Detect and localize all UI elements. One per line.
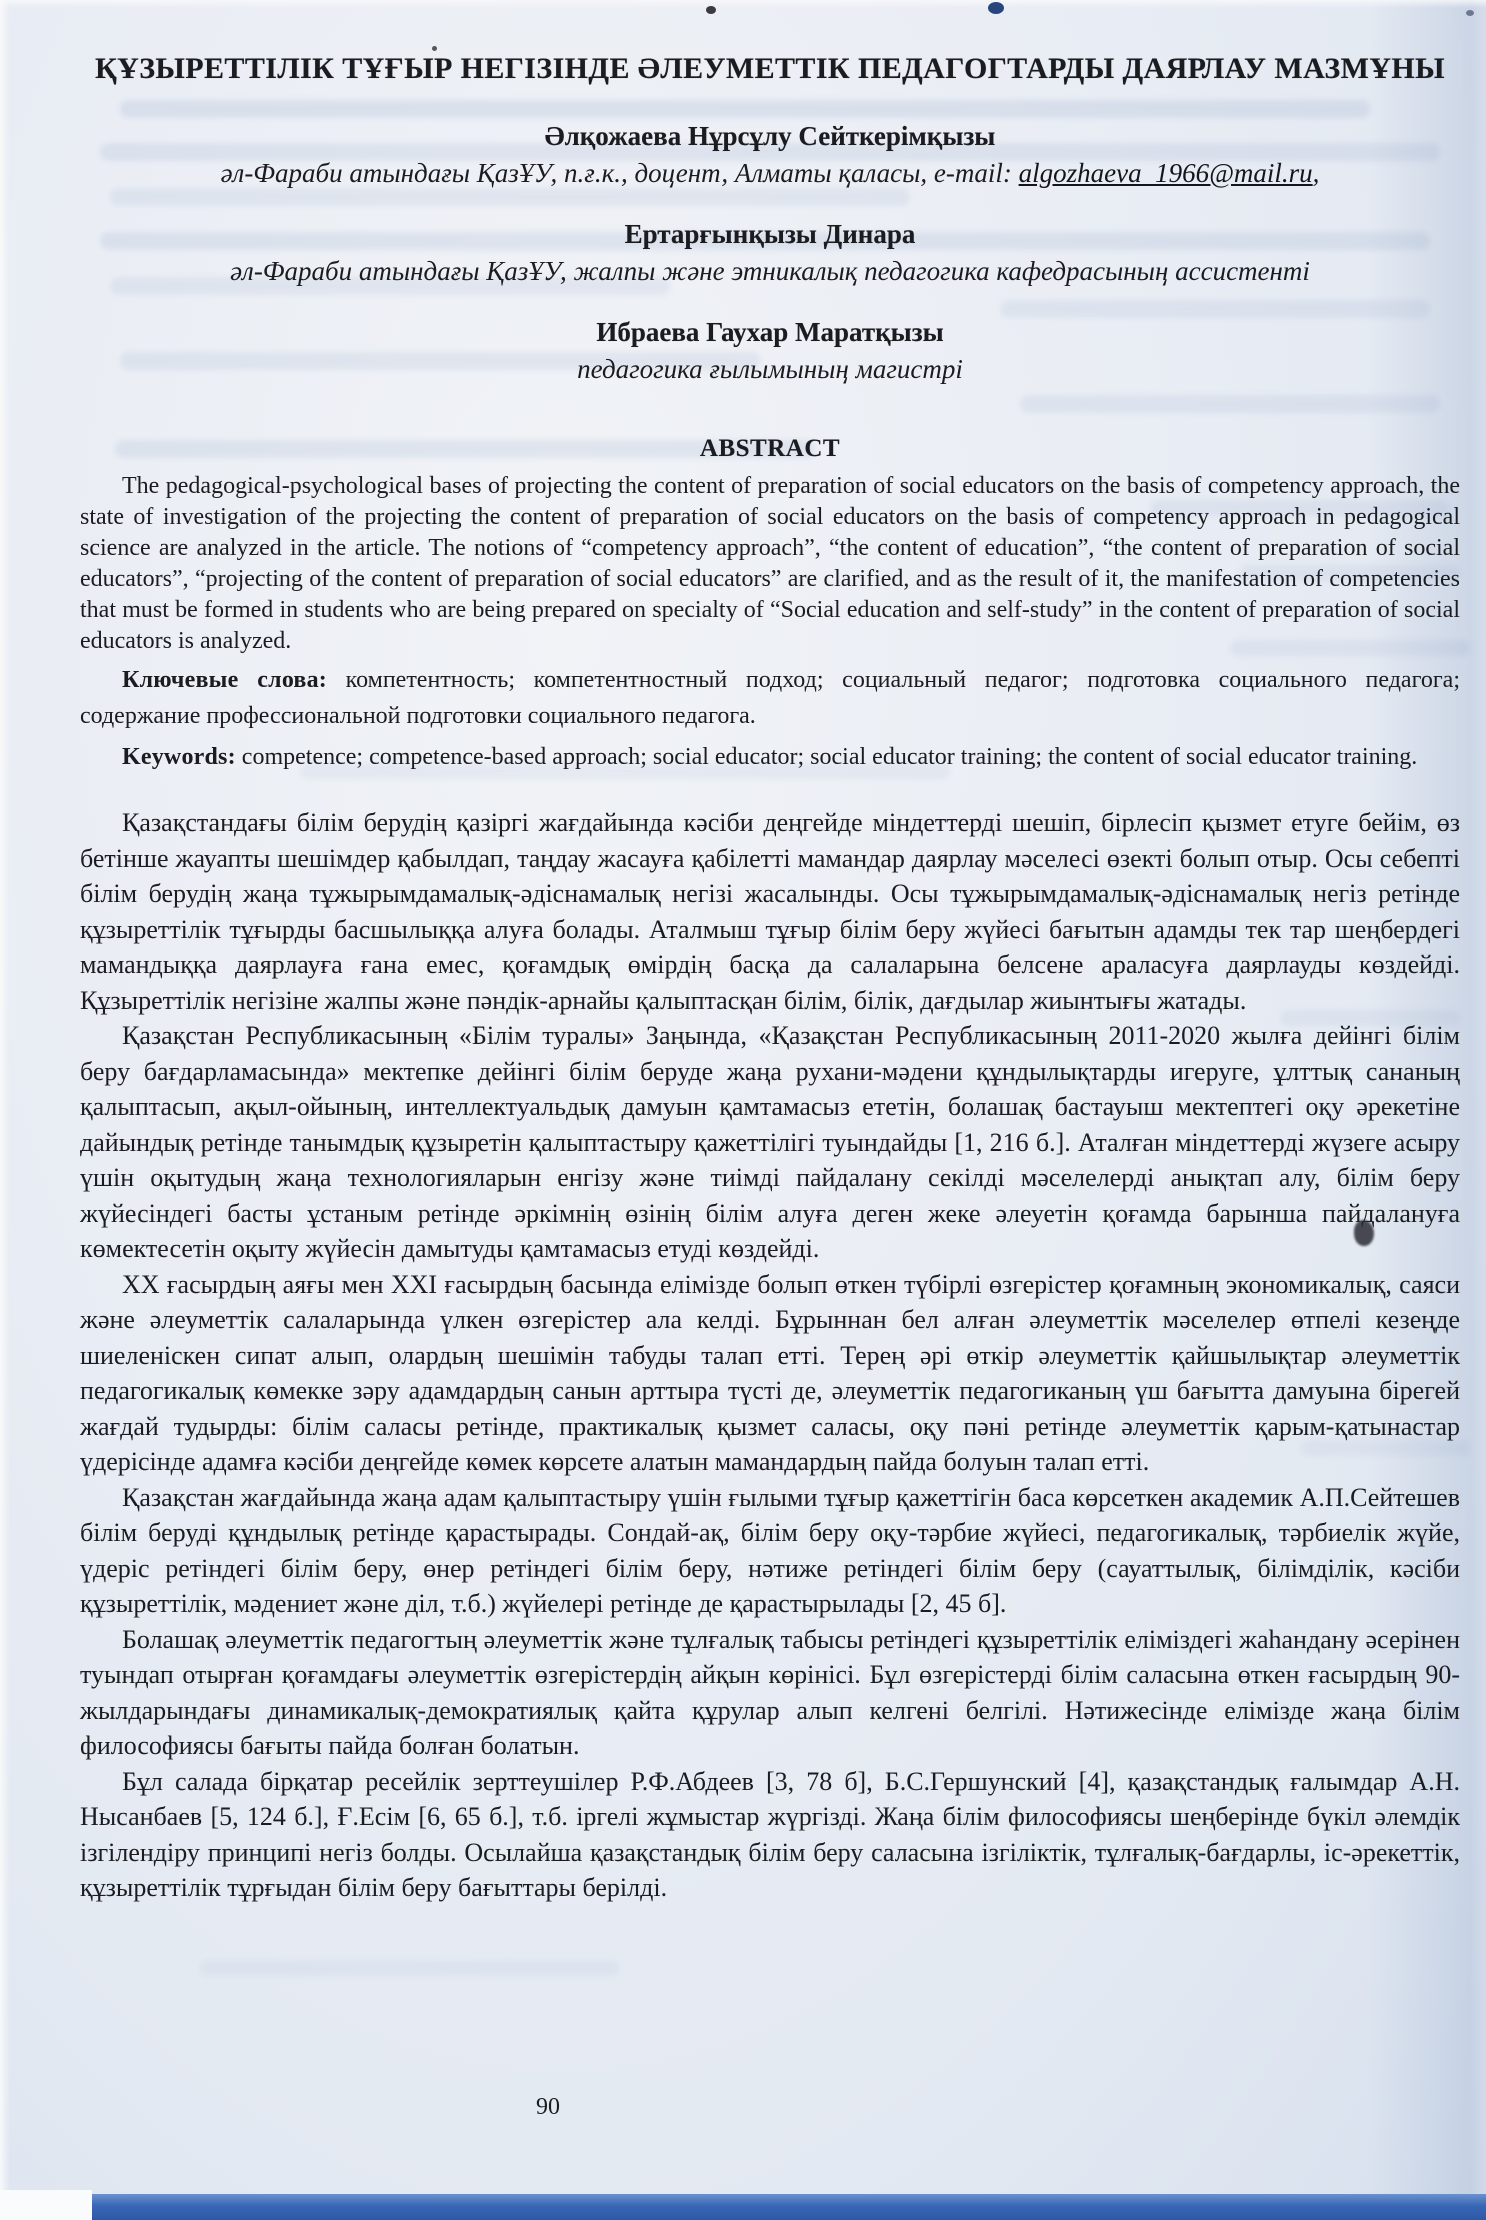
bleed-through-artifact [200, 1960, 620, 1976]
ink-speck [988, 2, 1004, 14]
scan-edge-bottom [92, 2194, 1486, 2220]
ink-speck [432, 46, 437, 51]
body-paragraph: Қазақстандағы білім берудің қазіргі жағд… [80, 805, 1460, 1018]
author-block-2: Ертарғынқызы Динара әл-Фараби атындағы Қ… [80, 218, 1460, 288]
body-paragraph: Қазақстан жағдайында жаңа адам қалыптаст… [80, 1480, 1460, 1622]
ink-smudge [1354, 1220, 1374, 1246]
affiliation-text: , [1313, 158, 1320, 188]
body-paragraph: Қазақстан Республикасының «Білім туралы»… [80, 1018, 1460, 1267]
author-affiliation: әл-Фараби атындағы ҚазҰУ, жалпы және этн… [80, 254, 1460, 288]
keywords-russian: Ключевые слова: компетентность; компетен… [80, 662, 1460, 734]
author-name: Әлқожаева Нұрсұлу Сейткерімқызы [80, 120, 1460, 153]
article-content: ҚҰЗЫРЕТТІЛІК ТҰҒЫР НЕГІЗІНДЕ ӘЛЕУМЕТТІК … [0, 0, 1486, 1906]
abstract-text: The pedagogical-psychological bases of p… [80, 471, 1460, 657]
scanned-paper-page: ҚҰЗЫРЕТТІЛІК ТҰҒЫР НЕГІЗІНДЕ ӘЛЕУМЕТТІК … [0, 0, 1486, 2220]
author-email-link[interactable]: algozhaeva_1966@mail.ru [1019, 158, 1313, 188]
author-block-3: Ибраева Гаухар Маратқызы педагогика ғылы… [80, 316, 1460, 386]
ink-speck [706, 6, 716, 14]
body-paragraph: Бұл салада бірқатар ресейлік зерттеушіле… [80, 1764, 1460, 1906]
author-affiliation: әл-Фараби атындағы ҚазҰУ, п.ғ.к., доцент… [80, 156, 1460, 190]
page-title: ҚҰЗЫРЕТТІЛІК ТҰҒЫР НЕГІЗІНДЕ ӘЛЕУМЕТТІК … [80, 50, 1460, 88]
keywords-english: Keywords: competence; competence-based a… [80, 739, 1460, 775]
page-number: 90 [0, 2094, 1096, 2121]
abstract-heading: ABSTRACT [80, 434, 1460, 464]
author-block-1: Әлқожаева Нұрсұлу Сейткерімқызы әл-Фараб… [80, 120, 1460, 190]
affiliation-text: әл-Фараби атындағы ҚазҰУ, п.ғ.к., доцент… [221, 158, 1019, 188]
ink-speck [1466, 10, 1474, 16]
scan-edge-corner [0, 2190, 92, 2220]
author-name: Ибраева Гаухар Маратқызы [80, 316, 1460, 349]
body-paragraph: Болашақ әлеуметтік педагогтың әлеуметтік… [80, 1622, 1460, 1764]
keywords-english-label: Keywords: [122, 744, 236, 770]
keywords-russian-label: Ключевые слова: [122, 667, 327, 693]
body-paragraph: XX ғасырдың аяғы мен XXI ғасырдың басынд… [80, 1267, 1460, 1480]
author-affiliation: педагогика ғылымының магистрі [80, 352, 1460, 386]
keywords-english-text: competence; competence-based approach; s… [236, 744, 1418, 770]
author-name: Ертарғынқызы Динара [80, 218, 1460, 251]
